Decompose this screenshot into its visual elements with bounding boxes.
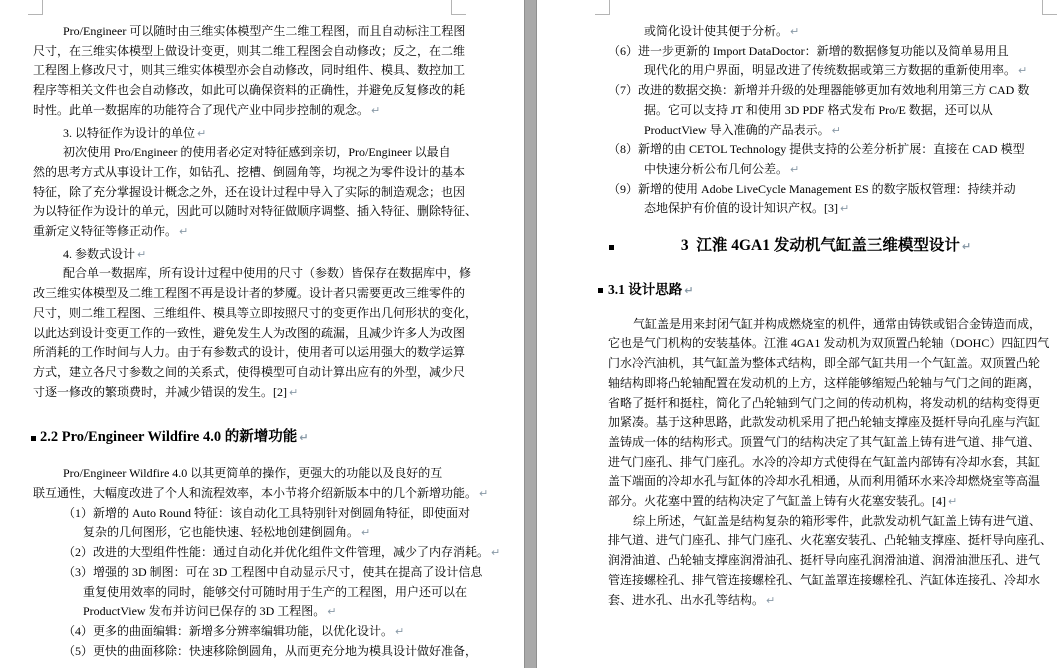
- text-run: （1）新增的 Auto Round 特征：该自动化工具特别针对倒圆角特征，即使面…: [63, 506, 470, 520]
- text-run: （2）改进的大型组件性能：通过自动化并优化组件文件管理，减少了内存消耗。: [63, 545, 489, 559]
- text-line[interactable]: 加紧凑。基于这种思路，此款发动机采用了把凸轮轴支撑座及挺杆导向孔座与汽缸: [608, 413, 1044, 433]
- text-line[interactable]: 或简化设计使其便于分析。↵: [608, 22, 1044, 42]
- text-run: 态地保护有价值的设计知识产权。[3]: [644, 201, 838, 215]
- text-run: 气缸盖是用来封闭气缸并构成燃烧室的机件，通常由铸铁或铝合金铸造而成，: [633, 317, 1041, 331]
- text-run: 或简化设计使其便于分析。: [644, 24, 788, 38]
- heading-style-marker-icon: [31, 436, 36, 441]
- text-run: 加紧凑。基于这种思路，此款发动机采用了把凸轮轴支撑座及挺杆导向孔座与汽缸: [608, 415, 1040, 429]
- text-run: （6）进一步更新的 Import DataDoctor：新增的数据修复功能以及简…: [608, 44, 1009, 58]
- text-line[interactable]: 配合单一数据库，所有设计过程中使用的尺寸（参数）皆保存在数据库中，修: [33, 264, 453, 284]
- text-line[interactable]: （5）更快的曲面移除：快速移除倒圆角，从而更充分地为模具设计做好准备，: [33, 642, 453, 662]
- paragraph-mark-icon: ↵: [299, 431, 308, 444]
- text-line[interactable]: 尺寸，在三维实体模型上做设计变更，则其二维工程图会自动修改；反之，在二维: [33, 42, 453, 62]
- text-line[interactable]: ProductView 发布并访问已保存的 3D 工程图。↵: [33, 602, 453, 622]
- text-run: Pro/Engineer Wildfire 4.0 以其更简单的操作，更强大的功…: [63, 466, 442, 480]
- text-line[interactable]: 寸逐一修改的繁琐费时，并减少错误的发生。[2]↵: [33, 383, 453, 403]
- paragraph-mark-icon: ↵: [962, 240, 971, 253]
- text-run: 部分。火花塞中置的结构决定了气缸盖上铸有火花塞安装孔。[4]: [608, 494, 946, 508]
- text-run: 工程图上修改尺寸，则其三维实体模型亦会自动修改，同时组件、模具、数控加工: [33, 63, 465, 77]
- text-boundary-crop-mark: [451, 0, 466, 15]
- paragraph-mark-icon: ↵: [840, 202, 849, 215]
- text-line[interactable]: 润滑油道、凸轮轴支撑座润滑油孔、挺杆导向座孔润滑油道、润滑油泄压孔、进气: [608, 551, 1044, 571]
- text-line[interactable]: 尺寸，则二维工程图、三维组件、模具等立即按照尺寸的变更作出几何形状的变化，: [33, 304, 453, 324]
- text-run: 程序等相关文件也会自动修改，如此可以确保资料的正确性，并避免反复修改的耗: [33, 83, 465, 97]
- text-run: （9）新增的使用 Adobe LiveCycle Management ES 的…: [608, 182, 1016, 196]
- text-run: （8）新增的由 CETOL Technology 提供支持的公差分析扩展：直接在…: [608, 142, 1025, 156]
- text-run: 3. 以特征作为设计的单位: [63, 126, 195, 140]
- text-line[interactable]: 为以特征作为设计的单元，因此可以随时对特征做顺序调整、插入特征、删除特征、: [33, 202, 453, 222]
- text-line[interactable]: （6）进一步更新的 Import DataDoctor：新增的数据修复功能以及简…: [608, 42, 1044, 62]
- chapter-heading[interactable]: 3 江淮 4GA1 发动机气缸盖三维模型设计↵: [608, 235, 1044, 258]
- text-line[interactable]: 门水冷汽油机，其气缸盖为整体式结构，即全部气缸共用一个气缸盖。双顶置凸轮: [608, 354, 1044, 374]
- text-line[interactable]: 据。它可以支持 JT 和使用 3D PDF 格式发布 Pro/E 数据，还可以从: [608, 101, 1044, 121]
- text-run: （4）更多的曲面编辑：新增多分辨率编辑功能，以优化设计。: [63, 624, 393, 638]
- text-run: 为以特征作为设计的单元，因此可以随时对特征做顺序调整、插入特征、删除特征、: [33, 204, 477, 218]
- text-line[interactable]: 进气门座孔、排气门座孔。水冷的冷却方式使得在气缸盖内部铸有冷却水套，其缸: [608, 453, 1044, 473]
- text-run: （3）增强的 3D 制图：可在 3D 工程图中自动显示尺寸，使其在提高了设计信息: [63, 565, 482, 579]
- paragraph-mark-icon: ↵: [395, 625, 404, 638]
- text-run: 改三维实体模型及二维工程图不再是设计者的梦魇。设计者只需要更改三维零件的: [33, 286, 465, 300]
- text-column[interactable]: Pro/Engineer 可以随时由三维实体模型产生二维工程图，而且自动标注工程…: [33, 0, 453, 661]
- text-line[interactable]: Pro/Engineer Wildfire 4.0 以其更简单的操作，更强大的功…: [33, 464, 453, 484]
- paragraph-mark-icon: ↵: [179, 225, 188, 238]
- text-run: （5）更快的曲面移除：快速移除倒圆角，从而更充分地为模具设计做好准备，: [63, 644, 477, 658]
- text-run: 盖下端面的冷却水孔与缸体的冷却水孔相通，从而利用循环水来冷却燃烧室等高温: [608, 474, 1040, 488]
- text-run: 特征，除了充分掌握设计概念之外，还在设计过程中导入了实际的制造观念；也因: [33, 185, 465, 199]
- text-run: 时性。此单一数据库的功能符合了现代产业中同步控制的观念。: [33, 103, 369, 117]
- text-run: Pro/Engineer 可以随时由三维实体模型产生二维工程图，而且自动标注工程…: [63, 24, 465, 38]
- text-run: ProductView 导入准确的产品表示。: [644, 123, 830, 137]
- text-line[interactable]: 省略了挺杆和挺柱，简化了凸轮轴到气门之间的传动机构，将发动机的结构变得更: [608, 394, 1044, 414]
- text-line[interactable]: 以此达到设计变更工作的一致性，避免发生人为改图的疏漏，且减少许多人为改图: [33, 324, 453, 344]
- paragraph-mark-icon: ↵: [371, 104, 380, 117]
- text-run: 所消耗的工作时间与人力。由于有参数式的设计，使用者可以运用强大的数学运算: [33, 345, 465, 359]
- text-line[interactable]: （1）新增的 Auto Round 特征：该自动化工具特别针对倒圆角特征，即使面…: [33, 504, 453, 524]
- text-line[interactable]: 它也是气门机构的安装基体。江淮 4GA1 发动机为双顶置凸轮轴（DOHC）四缸四…: [608, 334, 1044, 354]
- text-run: 重复使用效率的同时，能够交付可随时用于生产的工程图，用户还可以在: [83, 585, 467, 599]
- paragraph-mark-icon: ↵: [327, 605, 336, 618]
- text-run: 初次使用 Pro/Engineer 的使用者必定对特征感到亲切，Pro/Engi…: [63, 145, 451, 159]
- text-run: 联互通性，大幅度改进了个人和流程效率，本小节将介绍新版本中的几个新增功能。: [33, 486, 477, 500]
- text-line[interactable]: （9）新增的使用 Adobe LiveCycle Management ES 的…: [608, 180, 1044, 200]
- text-line[interactable]: 初次使用 Pro/Engineer 的使用者必定对特征感到亲切，Pro/Engi…: [33, 143, 453, 163]
- paragraph-mark-icon: ↵: [197, 127, 206, 140]
- text-column[interactable]: 或简化设计使其便于分析。↵（6）进一步更新的 Import DataDoctor…: [608, 0, 1044, 610]
- page-gap-divider: [524, 0, 537, 668]
- paragraph-mark-icon: ↵: [491, 546, 500, 559]
- text-run: 3.1 设计思路: [608, 282, 682, 297]
- text-line[interactable]: 中快速分析公布几何公差。↵: [608, 160, 1044, 180]
- text-line[interactable]: （8）新增的由 CETOL Technology 提供支持的公差分析扩展：直接在…: [608, 140, 1044, 160]
- text-run: 2.2 Pro/Engineer Wildfire 4.0 的新增功能: [40, 429, 297, 445]
- text-line[interactable]: ProductView 导入准确的产品表示。↵: [608, 121, 1044, 141]
- text-line[interactable]: 综上所述，气缸盖是结构复杂的箱形零件，此款发动机气缸盖上铸有进气道、: [608, 512, 1044, 532]
- text-run: 综上所述，气缸盖是结构复杂的箱形零件，此款发动机气缸盖上铸有进气道、: [633, 514, 1041, 528]
- text-run: 4. 参数式设计: [63, 247, 135, 261]
- paragraph-mark-icon: ↵: [790, 25, 799, 38]
- text-boundary-crop-mark: [1042, 0, 1057, 15]
- paragraph-mark-icon: ↵: [137, 248, 146, 261]
- text-run: 寸逐一修改的繁琐费时，并减少错误的发生。[2]: [33, 385, 287, 399]
- text-line[interactable]: 盖下端面的冷却水孔与缸体的冷却水孔相通，从而利用循环水来冷却燃烧室等高温: [608, 472, 1044, 492]
- text-line[interactable]: 联互通性，大幅度改进了个人和流程效率，本小节将介绍新版本中的几个新增功能。↵: [33, 484, 453, 504]
- paragraph-mark-icon: ↵: [790, 163, 799, 176]
- text-run: 排气道、进气门座孔、排气门座孔、火花塞安装孔、凸轮轴支撑座、挺杆导向座孔、: [608, 533, 1052, 547]
- text-run: 套、进水孔、出水孔等结构。: [608, 593, 764, 607]
- paragraph-mark-icon: ↵: [289, 386, 298, 399]
- text-line[interactable]: （3）增强的 3D 制图：可在 3D 工程图中自动显示尺寸，使其在提高了设计信息: [33, 563, 453, 583]
- text-run: 它也是气门机构的安装基体。江淮 4GA1 发动机为双顶置凸轮轴（DOHC）四缸四…: [608, 336, 1049, 350]
- text-line[interactable]: 套、进水孔、出水孔等结构。↵: [608, 591, 1044, 611]
- text-run: 门水冷汽油机，其气缸盖为整体式结构，即全部气缸共用一个气缸盖。双顶置凸轮: [608, 356, 1040, 370]
- text-line[interactable]: 重新定义特征等修正动作。↵: [33, 222, 453, 242]
- document-canvas: Pro/Engineer 可以随时由三维实体模型产生二维工程图，而且自动标注工程…: [0, 0, 1060, 668]
- text-run: 省略了挺杆和挺柱，简化了凸轮轴到气门之间的传动机构，将发动机的结构变得更: [608, 396, 1040, 410]
- text-line[interactable]: 改三维实体模型及二维工程图不再是设计者的梦魇。设计者只需要更改三维零件的: [33, 284, 453, 304]
- text-line[interactable]: 然的思考方式从事设计工作，如钻孔、挖槽、倒圆角等，均视之为零件设计的基本: [33, 163, 453, 183]
- text-run: 重新定义特征等修正动作。: [33, 224, 177, 238]
- text-run: 据。它可以支持 JT 和使用 3D PDF 格式发布 Pro/E 数据，还可以从: [644, 103, 993, 117]
- text-line[interactable]: 所消耗的工作时间与人力。由于有参数式的设计，使用者可以运用强大的数学运算: [33, 343, 453, 363]
- text-line[interactable]: （7）改进的数据交换：新增并升级的处理器能够更加有效地利用第三方 CAD 数: [608, 81, 1044, 101]
- document-page-right[interactable]: 或简化设计使其便于分析。↵（6）进一步更新的 Import DataDoctor…: [537, 0, 1060, 668]
- text-line[interactable]: 4. 参数式设计↵: [33, 245, 453, 265]
- text-run: 方式，建立各尺寸参数之间的关系式，使得模型可自动计算出应有的外型，减少尺: [33, 365, 465, 379]
- text-line[interactable]: 部分。火花塞中置的结构决定了气缸盖上铸有火花塞安装孔。[4]↵: [608, 492, 1044, 512]
- text-line[interactable]: 现代化的用户界面，明显改进了传统数据或第三方数据的重新使用率。↵: [608, 61, 1044, 81]
- section-heading[interactable]: 2.2 Pro/Engineer Wildfire 4.0 的新增功能↵: [33, 427, 453, 448]
- paragraph-mark-icon: ↵: [361, 526, 370, 539]
- text-line[interactable]: （2）改进的大型组件性能：通过自动化并优化组件文件管理，减少了内存消耗。↵: [33, 543, 453, 563]
- text-line[interactable]: 方式，建立各尺寸参数之间的关系式，使得模型可自动计算出应有的外型，减少尺: [33, 363, 453, 383]
- text-line[interactable]: （4）更多的曲面编辑：新增多分辨率编辑功能，以优化设计。↵: [33, 622, 453, 642]
- text-line[interactable]: 复杂的几何图形，它也能快速、轻松地创建倒圆角。↵: [33, 523, 453, 543]
- text-run: 尺寸，在三维实体模型上做设计变更，则其二维工程图会自动修改；反之，在二维: [33, 44, 465, 58]
- text-run: 进气门座孔、排气门座孔。水冷的冷却方式使得在气缸盖内部铸有冷却水套，其缸: [608, 455, 1040, 469]
- text-line[interactable]: 3. 以特征作为设计的单位↵: [33, 124, 453, 144]
- paragraph-mark-icon: ↵: [766, 594, 775, 607]
- text-line[interactable]: 特征，除了充分掌握设计概念之外，还在设计过程中导入了实际的制造观念；也因: [33, 183, 453, 203]
- text-run: 3 江淮 4GA1 发动机气缸盖三维模型设计: [681, 237, 960, 254]
- text-run: 盖铸成一体的结构形式。顶置气门的结构决定了其气缸盖上铸有进气道、排气道、: [608, 435, 1040, 449]
- text-run: （7）改进的数据交换：新增并升级的处理器能够更加有效地利用第三方 CAD 数: [608, 83, 1029, 97]
- paragraph-mark-icon: ↵: [479, 487, 488, 500]
- heading-style-marker-icon: [609, 245, 614, 250]
- paragraph-mark-icon: ↵: [1018, 64, 1027, 77]
- heading-style-marker-icon: [598, 288, 603, 293]
- text-line[interactable]: 重复使用效率的同时，能够交付可随时用于生产的工程图，用户还可以在: [33, 583, 453, 603]
- paragraph-mark-icon: ↵: [684, 284, 693, 297]
- text-line[interactable]: 工程图上修改尺寸，则其三维实体模型亦会自动修改，同时组件、模具、数控加工: [33, 61, 453, 81]
- text-line[interactable]: 排气道、进气门座孔、排气门座孔、火花塞安装孔、凸轮轴支撑座、挺杆导向座孔、: [608, 531, 1044, 551]
- text-run: 管连接螺栓孔、排气管连接螺栓孔、气缸盖罩连接螺栓孔、汽缸体连接孔、冷却水: [608, 573, 1040, 587]
- document-page-left[interactable]: Pro/Engineer 可以随时由三维实体模型产生二维工程图，而且自动标注工程…: [0, 0, 524, 668]
- section-heading[interactable]: 3.1 设计思路↵: [608, 280, 1044, 301]
- text-run: 配合单一数据库，所有设计过程中使用的尺寸（参数）皆保存在数据库中，修: [63, 266, 471, 280]
- text-line[interactable]: Pro/Engineer 可以随时由三维实体模型产生二维工程图，而且自动标注工程…: [33, 22, 453, 42]
- paragraph-mark-icon: ↵: [832, 124, 841, 137]
- text-line[interactable]: 时性。此单一数据库的功能符合了现代产业中同步控制的观念。↵: [33, 101, 453, 121]
- text-run: 现代化的用户界面，明显改进了传统数据或第三方数据的重新使用率。: [644, 63, 1016, 77]
- text-run: 然的思考方式从事设计工作，如钻孔、挖槽、倒圆角等，均视之为零件设计的基本: [33, 165, 465, 179]
- paragraph-mark-icon: ↵: [948, 495, 957, 508]
- text-run: 润滑油道、凸轮轴支撑座润滑油孔、挺杆导向座孔润滑油道、润滑油泄压孔、进气: [608, 553, 1040, 567]
- text-run: 以此达到设计变更工作的一致性，避免发生人为改图的疏漏，且减少许多人为改图: [33, 326, 465, 340]
- text-run: 尺寸，则二维工程图、三维组件、模具等立即按照尺寸的变更作出几何形状的变化，: [33, 306, 477, 320]
- text-run: 复杂的几何图形，它也能快速、轻松地创建倒圆角。: [83, 525, 359, 539]
- text-line[interactable]: 管连接螺栓孔、排气管连接螺栓孔、气缸盖罩连接螺栓孔、汽缸体连接孔、冷却水: [608, 571, 1044, 591]
- text-run: 轴结构即将凸轮轴配置在发动机的上方，这样能够缩短凸轮轴与气门之间的距离，: [608, 376, 1040, 390]
- text-line[interactable]: 盖铸成一体的结构形式。顶置气门的结构决定了其气缸盖上铸有进气道、排气道、: [608, 433, 1044, 453]
- text-line[interactable]: 程序等相关文件也会自动修改，如此可以确保资料的正确性，并避免反复修改的耗: [33, 81, 453, 101]
- text-line[interactable]: 轴结构即将凸轮轴配置在发动机的上方，这样能够缩短凸轮轴与气门之间的距离，: [608, 374, 1044, 394]
- text-line[interactable]: 态地保护有价值的设计知识产权。[3]↵: [608, 199, 1044, 219]
- text-run: 中快速分析公布几何公差。: [644, 162, 788, 176]
- text-run: ProductView 发布并访问已保存的 3D 工程图。: [83, 604, 325, 618]
- text-line[interactable]: 气缸盖是用来封闭气缸并构成燃烧室的机件，通常由铸铁或铝合金铸造而成，: [608, 315, 1044, 335]
